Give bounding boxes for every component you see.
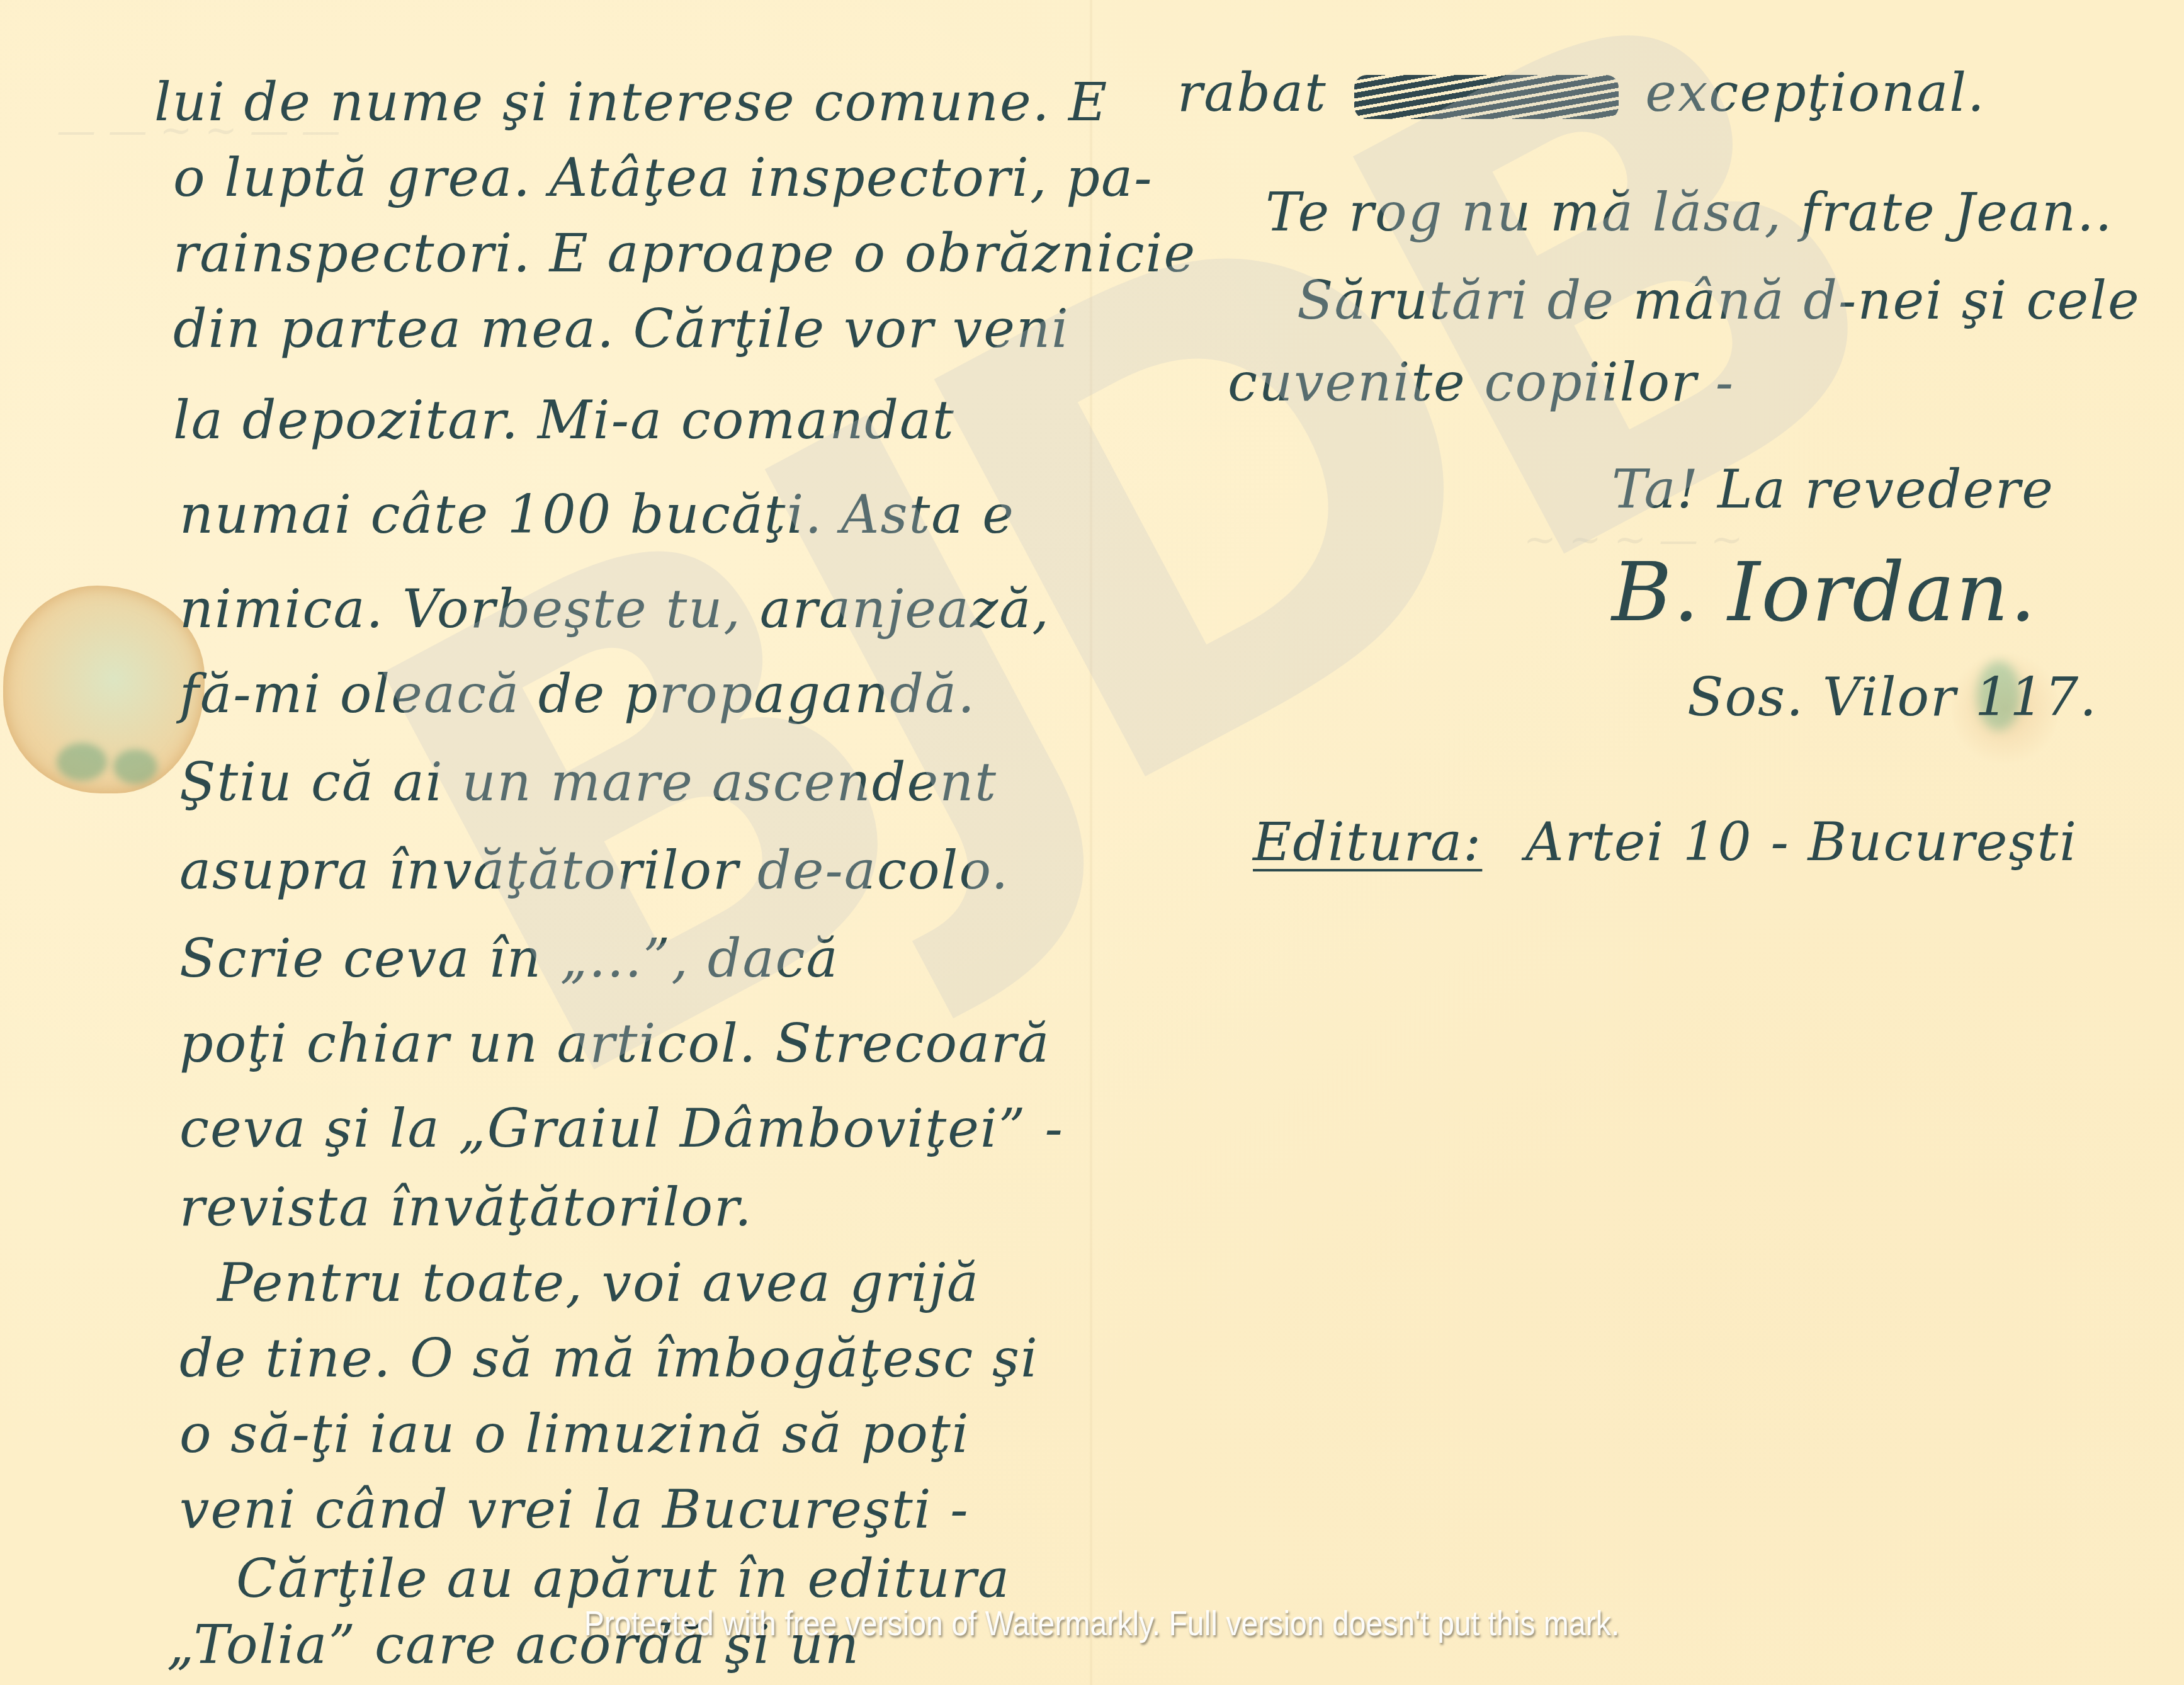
letter-word: rabat — [1177, 62, 1327, 123]
ink-bleed-stain — [113, 749, 157, 784]
letter-line-rabat: rabat excepţional. — [1177, 66, 1986, 119]
letter-line: veni când vrei la Bucureşti - — [179, 1483, 970, 1536]
letter-line: din partea mea. Cărţile vor veni — [173, 302, 1070, 355]
letter-line: Scrie ceva în „...”, dacă — [179, 932, 839, 985]
publisher-label: Editura: — [1253, 811, 1482, 873]
letter-word: excepţional. — [1645, 62, 1986, 123]
letter-line: Ştiu că ai un mare ascendent — [179, 756, 997, 808]
letter-line: poţi chiar un articol. Strecoară — [179, 1017, 1050, 1070]
signature: B. Iordan. — [1612, 551, 2037, 633]
letter-line: rainspectori. E aproape o obrăznicie — [173, 227, 1196, 280]
letter-line: lui de nume şi interese comune. E — [154, 76, 1108, 128]
letter-line: cuvenite copiilor - — [1228, 356, 1734, 409]
crossed-out-text — [1354, 75, 1619, 119]
sender-address: Sos. Vilor 117. — [1687, 671, 2098, 723]
letter-line: o luptă grea. Atâţea inspectori, pa- — [173, 151, 1153, 204]
publisher-address: Artei 10 - Bucureşti — [1525, 811, 2078, 873]
letter-line: Sărutări de mână d-nei şi cele — [1297, 274, 2141, 327]
letter-line: Cărţile au apărut în editura — [236, 1552, 1010, 1605]
ink-bleed-stain — [57, 743, 107, 781]
letter-line: fă-mi oleacă de propagandă. — [179, 667, 976, 720]
letter-line: numai câte 100 bucăţi. Asta e — [179, 488, 1015, 541]
letter-line: revista învăţătorilor. — [179, 1181, 753, 1234]
letter-closing: Ta! La revedere — [1612, 463, 2054, 516]
letter-line: Te rog nu mă lăsa, frate Jean.. — [1265, 186, 2113, 239]
publisher-line: Editura: Artei 10 - Bucureşti — [1253, 815, 2078, 868]
letter-line: nimica. Vorbeşte tu, aranjează, — [179, 582, 1050, 635]
letter-line: de tine. O să mă îmbogăţesc şi — [179, 1332, 1039, 1385]
watermark-notice: Protected with free version of Watermark… — [533, 1603, 1670, 1643]
letter-line: Pentru toate, voi avea grijă — [217, 1256, 980, 1309]
letter-line: asupra învăţătorilor de-acolo. — [179, 844, 1009, 897]
letter-line: ceva şi la „Graiul Dâmboviţei” - — [179, 1102, 1064, 1155]
letter-line: la depozitar. Mi-a comandat — [173, 394, 955, 446]
letter-line: o să-ţi iau o limuzină să poţi — [179, 1407, 970, 1460]
